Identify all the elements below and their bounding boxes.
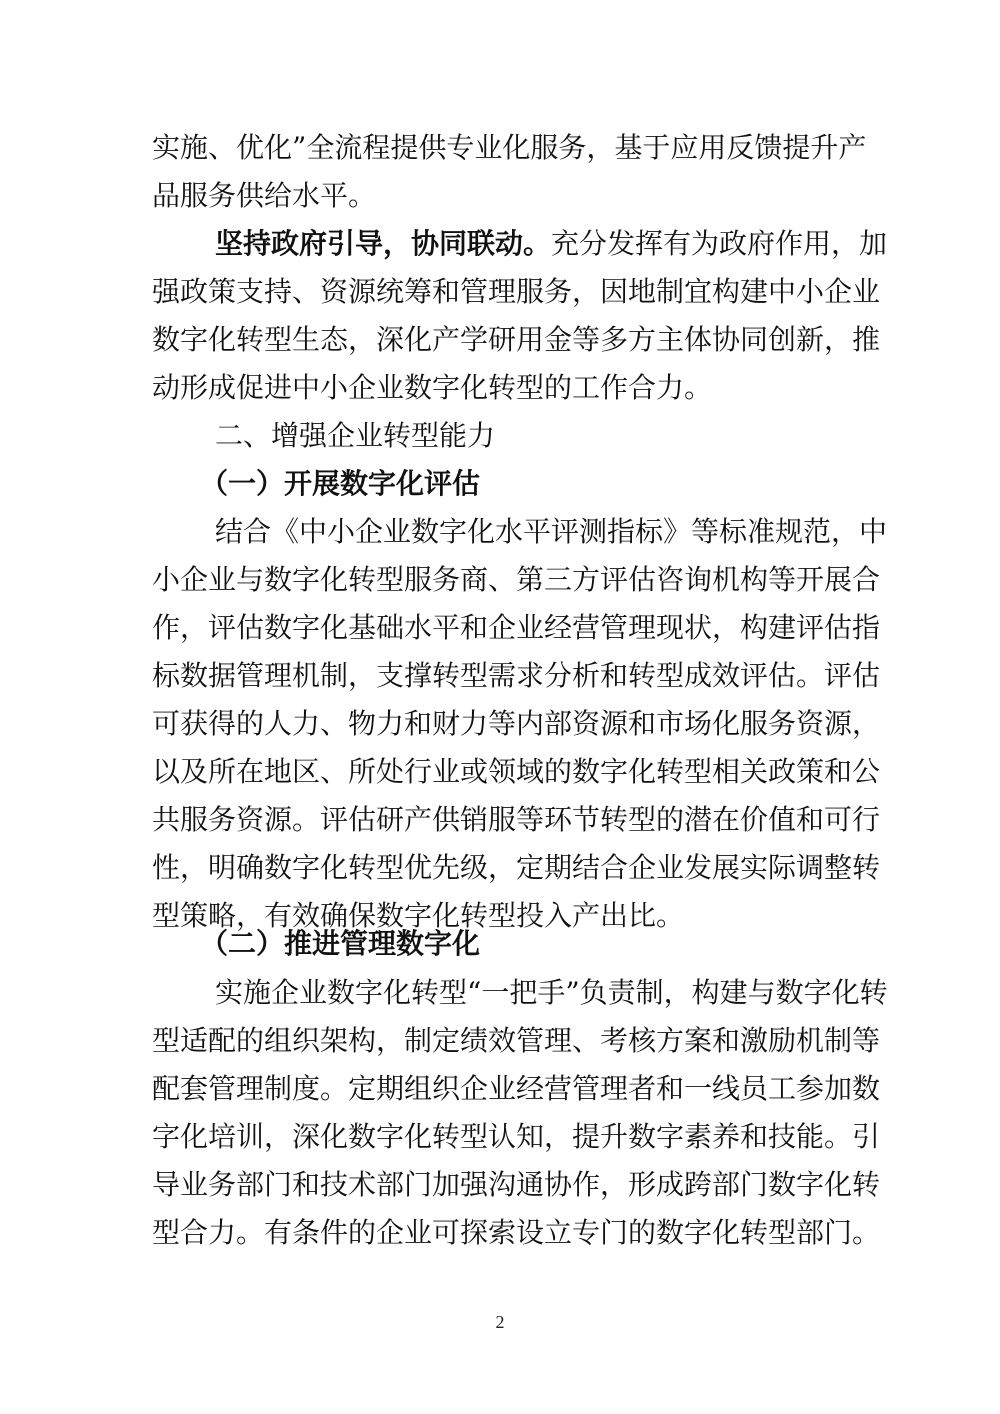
body-line: 作，评估数字化基础水平和企业经营管理现状，构建评估指 xyxy=(152,608,852,648)
subsection-heading: （一）开展数字化评估 xyxy=(200,464,852,504)
subsection-heading: （二）推进管理数字化 xyxy=(200,924,852,964)
body-text: 充分发挥有为政府作用，加 xyxy=(551,227,887,260)
body-line: 实施企业数字化转型“一把手”负责制，构建与数字化转 xyxy=(215,973,852,1013)
body-line: 配套管理制度。定期组织企业经营管理者和一线员工参加数 xyxy=(152,1069,852,1109)
body-line: 以及所在地区、所处行业或领域的数字化转型相关政策和公 xyxy=(152,752,852,792)
body-line: 性，明确数字化转型优先级，定期结合企业发展实际调整转 xyxy=(152,848,852,888)
page-number: 2 xyxy=(480,1312,520,1333)
body-line: 实施、优化”全流程提供专业化服务，基于应用反馈提升产 xyxy=(152,128,852,168)
body-line: 小企业与数字化转型服务商、第三方评估咨询机构等开展合 xyxy=(152,560,852,600)
body-line: 数字化转型生态，深化产学研用金等多方主体协同创新，推 xyxy=(152,320,852,360)
document-page: 实施、优化”全流程提供专业化服务，基于应用反馈提升产 品服务供给水平。 坚持政府… xyxy=(0,0,1000,1414)
body-line-with-lead: 坚持政府引导，协同联动。充分发挥有为政府作用，加 xyxy=(215,224,852,264)
body-line: 型合力。有条件的企业可探索设立专门的数字化转型部门。 xyxy=(152,1213,852,1253)
body-line: 共服务资源。评估研产供销服等环节转型的潜在价值和可行 xyxy=(152,800,852,840)
body-line: 导业务部门和技术部门加强沟通协作，形成跨部门数字化转 xyxy=(152,1165,852,1205)
body-line: 可获得的人力、物力和财力等内部资源和市场化服务资源， xyxy=(152,704,852,744)
body-line: 动形成促进中小企业数字化转型的工作合力。 xyxy=(152,368,852,408)
body-line: 品服务供给水平。 xyxy=(152,176,852,216)
body-line: 字化培训，深化数字化转型认知，提升数字素养和技能。引 xyxy=(152,1117,852,1157)
section-heading: 二、增强企业转型能力 xyxy=(215,416,852,456)
body-line: 标数据管理机制，支撑转型需求分析和转型成效评估。评估 xyxy=(152,656,852,696)
body-line: 结合《中小企业数字化水平评测指标》等标准规范，中 xyxy=(215,512,852,552)
bold-lead-text: 坚持政府引导，协同联动。 xyxy=(215,227,551,260)
body-line: 型适配的组织架构，制定绩效管理、考核方案和激励机制等 xyxy=(152,1021,852,1061)
body-line: 强政策支持、资源统筹和管理服务，因地制宜构建中小企业 xyxy=(152,272,852,312)
